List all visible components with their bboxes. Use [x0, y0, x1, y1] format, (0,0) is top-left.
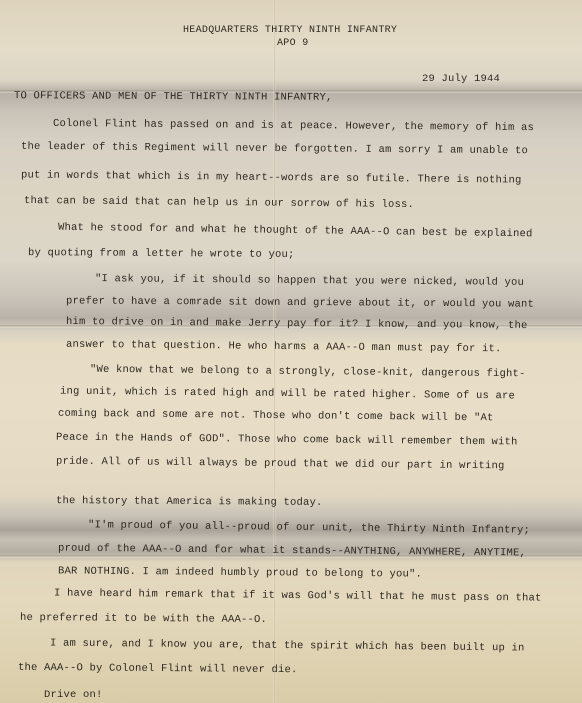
closing-line: Drive on!: [44, 689, 103, 701]
body-line: the leader of this Regiment will never b…: [21, 141, 528, 157]
letter-date: 29 July 1944: [422, 73, 500, 85]
quote-line: the history that America is making today…: [56, 495, 323, 509]
quote-line: "We know that we belong to a strongly, c…: [90, 364, 526, 381]
body-line: I am sure, and I know you are, that the …: [50, 638, 525, 655]
body-line: that can be said that can help us in our…: [24, 195, 414, 211]
letterhead-apo: APO 9: [277, 38, 309, 49]
body-line: I have heard him remark that if it was G…: [54, 587, 542, 604]
quote-line: BAR NOTHING. I am indeed humbly proud to…: [58, 565, 422, 580]
quote-line: "I'm proud of you all--proud of our unit…: [88, 519, 530, 536]
salutation: TO OFFICERS AND MEN OF THE THIRTY NINTH …: [14, 90, 333, 104]
quote-line: Peace in the Hands of GOD". Those who co…: [56, 432, 518, 449]
letter-page: HEADQUARTERS THIRTY NINTH INFANTRY APO 9…: [0, 0, 582, 703]
body-line: he preferred it to be with the AAA--O.: [20, 612, 267, 626]
body-line: Colonel Flint has passed on and is at pe…: [53, 118, 534, 134]
quote-line: him to drive on in and make Jerry pay fo…: [66, 316, 528, 332]
body-line: put in words that which is in my heart--…: [21, 169, 522, 186]
body-line: What he stood for and what he thought of…: [58, 222, 533, 241]
quote-line: answer to that question. He who harms a …: [66, 339, 502, 356]
quote-line: coming back and some are not. Those who …: [58, 408, 494, 425]
quote-line: prefer to have a comrade sit down and gr…: [66, 295, 534, 310]
quote-line: "I ask you, if it should so happen that …: [95, 273, 524, 289]
quote-line: ing unit, which is rated high and will b…: [60, 386, 515, 403]
letterhead-title: HEADQUARTERS THIRTY NINTH INFANTRY: [183, 25, 397, 36]
quote-line: pride. All of us will always be proud th…: [56, 456, 505, 473]
body-line: the AAA--O by Colonel Flint will never d…: [18, 662, 298, 676]
body-line: by quoting from a letter he wrote to you…: [28, 247, 295, 261]
